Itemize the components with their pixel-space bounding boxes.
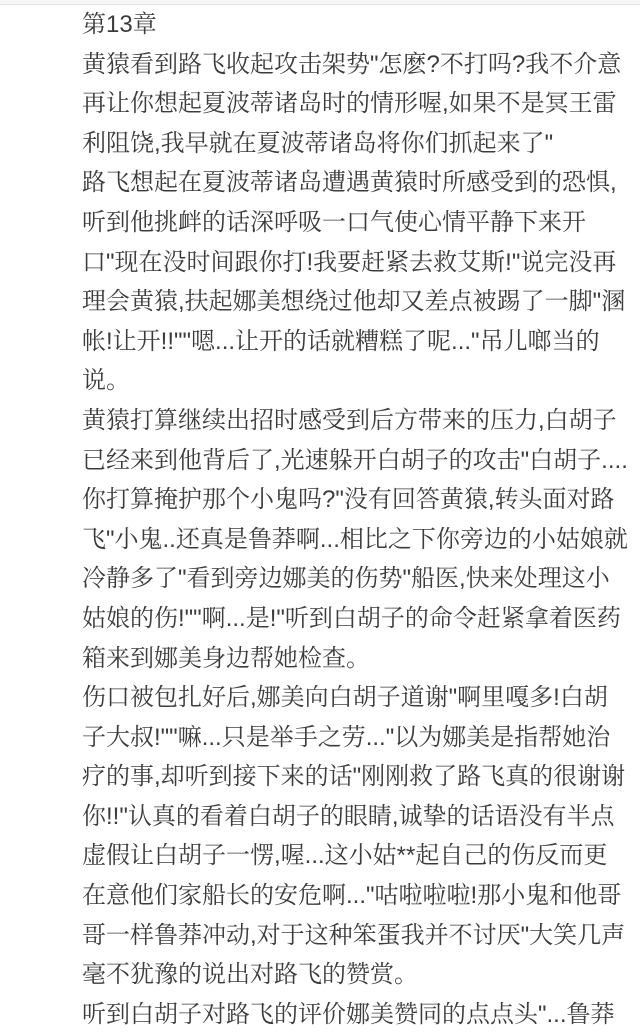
chapter-title: 第13章 — [82, 5, 620, 45]
text-line: 你打算掩护那个小鬼吗?"没有回答黄猿,转头面对路 — [82, 480, 620, 520]
text-line: 口"现在没时间跟你打!我要赶紧去救艾斯!"说完没再 — [82, 243, 620, 283]
text-line: 疗的事,却听到接下来的话"刚刚救了路飞真的很谢谢 — [82, 757, 620, 797]
text-line: 伤口被包扎好后,娜美向白胡子道谢"啊里嘎多!白胡 — [82, 678, 620, 718]
text-line: 再让你想起夏波蒂诸岛时的情形喔,如果不是冥王雷 — [82, 84, 620, 124]
text-line: 虚假让白胡子一愣,喔...这小姑**起自己的伤反而更 — [82, 836, 620, 876]
text-line: 冷静多了"看到旁边娜美的伤势"船医,快来处理这小 — [82, 559, 620, 599]
reader-content: 第13章 黄猿看到路飞收起攻击架势"怎麽?不打吗?我不介意再让你想起夏波蒂诸岛时… — [0, 5, 640, 1034]
text-line: 帐!让开!!""嗯...让开的话就糟糕了呢..."吊儿啷当的 — [82, 322, 620, 362]
text-line: 听到他挑衅的话深呼吸一口气使心情平静下来开 — [82, 203, 620, 243]
text-line: 听到白胡子对路飞的评价娜美赞同的点点头"...鲁莽 — [82, 995, 620, 1035]
text-line: 你!!"认真的看着白胡子的眼睛,诚挚的话语没有半点 — [82, 797, 620, 837]
text-line: 箱来到娜美身边帮她检查。 — [82, 639, 620, 679]
text-line: 毫不犹豫的说出对路飞的赞赏。 — [82, 955, 620, 995]
text-line: 黄猿打算继续出招时感受到后方带来的压力,白胡子 — [82, 401, 620, 441]
text-line: 哥一样鲁莽冲动,对于这种笨蛋我并不讨厌"大笑几声 — [82, 916, 620, 956]
text-line: 在意他们家船长的安危啊..."咕啦啦啦!那小鬼和他哥 — [82, 876, 620, 916]
text-line: 姑娘的伤!""啊...是!"听到白胡子的命令赶紧拿着医药 — [82, 599, 620, 639]
text-line: 路飞想起在夏波蒂诸岛遭遇黄猿时所感受到的恐惧, — [82, 163, 620, 203]
reader-page: 第13章 黄猿看到路飞收起攻击架势"怎麽?不打吗?我不介意再让你想起夏波蒂诸岛时… — [0, 0, 640, 1035]
text-line: 理会黄猿,扶起娜美想绕过他却又差点被踢了一脚"溷 — [82, 282, 620, 322]
text-line: 已经来到他背后了,光速躲开白胡子的攻击"白胡子.... — [82, 441, 620, 481]
text-line: 说。 — [82, 361, 620, 401]
text-line: 利阻饶,我早就在夏波蒂诸岛将你们抓起来了" — [82, 124, 620, 164]
text-line: 子大叔!""嘛...只是举手之劳..."以为娜美是指帮她治 — [82, 718, 620, 758]
text-line: 黄猿看到路飞收起攻击架势"怎麽?不打吗?我不介意 — [82, 45, 620, 85]
text-line: 飞"小鬼..还真是鲁莽啊...相比之下你旁边的小姑娘就 — [82, 520, 620, 560]
chapter-body: 黄猿看到路飞收起攻击架势"怎麽?不打吗?我不介意再让你想起夏波蒂诸岛时的情形喔,… — [82, 45, 620, 1035]
